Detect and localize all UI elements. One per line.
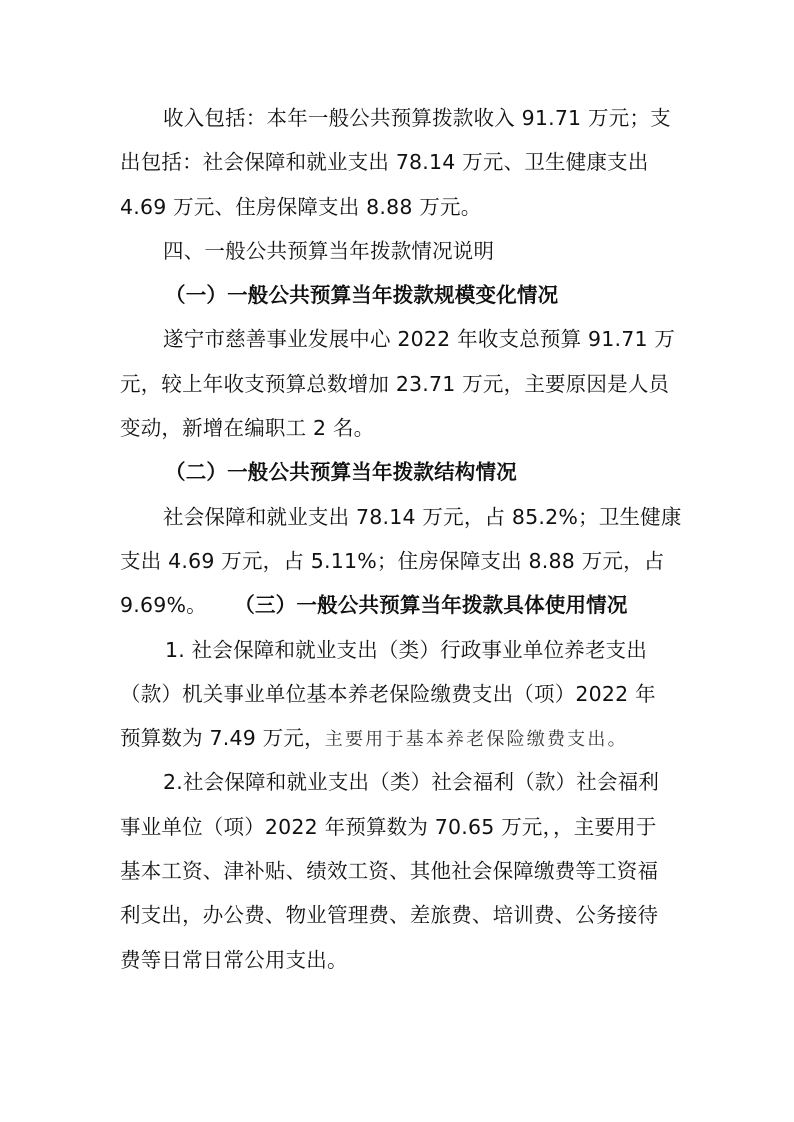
text-line: 1. 社会保障和就业支出（类）行政事业单位养老支出 xyxy=(120,628,676,672)
text-line: 基本工资、津补贴、绩效工资、其他社会保障缴费等工资福 xyxy=(120,849,676,893)
usage-description-text: 主要用于基本养老保险缴费支出。 xyxy=(325,729,628,750)
section-title-text: 四、一般公共预算当年拨款情况说明 xyxy=(120,229,676,273)
structure-paragraph: 社会保障和就业支出 78.14 万元，占 85.2%；卫生健康 支出 4.69 … xyxy=(120,495,676,628)
heading-text: （二）一般公共预算当年拨款结构情况 xyxy=(165,450,676,494)
text-line: 出包括：社会保障和就业支出 78.14 万元、卫生健康支出 xyxy=(120,140,676,184)
text-line: 支出 4.69 万元，占 5.11%；住房保障支出 8.88 万元，占 xyxy=(120,539,676,583)
text-line: 2.社会保障和就业支出（类）社会福利（款）社会福利 xyxy=(120,760,676,804)
text-line: 社会保障和就业支出 78.14 万元，占 85.2%；卫生健康 xyxy=(120,495,676,539)
text-line: 费等日常日常公用支出。 xyxy=(120,938,676,982)
text-line: 收入包括：本年一般公共预算拨款收入 91.71 万元；支 xyxy=(120,96,676,140)
text-line: 事业单位（项）2022 年预算数为 70.65 万元，，主要用于 xyxy=(120,805,676,849)
text-line: 遂宁市慈善事业发展中心 2022 年收支总预算 91.71 万 xyxy=(120,317,676,361)
text-line: 利支出，办公费、物业管理费、差旅费、培训费、公务接待 xyxy=(120,893,676,937)
text-line: 变动，新增在编职工 2 名。 xyxy=(120,406,676,450)
text-line: （款）机关事业单位基本养老保险缴费支出（项）2022 年 xyxy=(120,672,676,716)
heading-scale-change: （一）一般公共预算当年拨款规模变化情况 xyxy=(120,273,676,317)
item-1-paragraph: 1. 社会保障和就业支出（类）行政事业单位养老支出 （款）机关事业单位基本养老保… xyxy=(120,628,676,761)
item-2-paragraph: 2.社会保障和就业支出（类）社会福利（款）社会福利 事业单位（项）2022 年预… xyxy=(120,760,676,981)
percentage-text: 9.69%。 xyxy=(120,593,207,617)
text-line: 元，较上年收支预算总数增加 23.71 万元，主要原因是人员 xyxy=(120,362,676,406)
heading-specific-usage: （三）一般公共预算当年拨款具体使用情况 xyxy=(234,593,627,617)
heading-text: （一）一般公共预算当年拨款规模变化情况 xyxy=(165,273,676,317)
document-page: 收入包括：本年一般公共预算拨款收入 91.71 万元；支 出包括：社会保障和就业… xyxy=(120,96,676,982)
budget-amount-text: 预算数为 7.49 万元， xyxy=(120,726,325,750)
scale-change-paragraph: 遂宁市慈善事业发展中心 2022 年收支总预算 91.71 万 元，较上年收支预… xyxy=(120,317,676,450)
section-title-four: 四、一般公共预算当年拨款情况说明 xyxy=(120,229,676,273)
heading-structure: （二）一般公共预算当年拨款结构情况 xyxy=(120,450,676,494)
text-line: 9.69%。 （三）一般公共预算当年拨款具体使用情况 xyxy=(120,583,676,627)
income-expense-summary: 收入包括：本年一般公共预算拨款收入 91.71 万元；支 出包括：社会保障和就业… xyxy=(120,96,676,229)
text-line: 预算数为 7.49 万元，主要用于基本养老保险缴费支出。 xyxy=(120,716,676,760)
text-line: 4.69 万元、住房保障支出 8.88 万元。 xyxy=(120,185,676,229)
